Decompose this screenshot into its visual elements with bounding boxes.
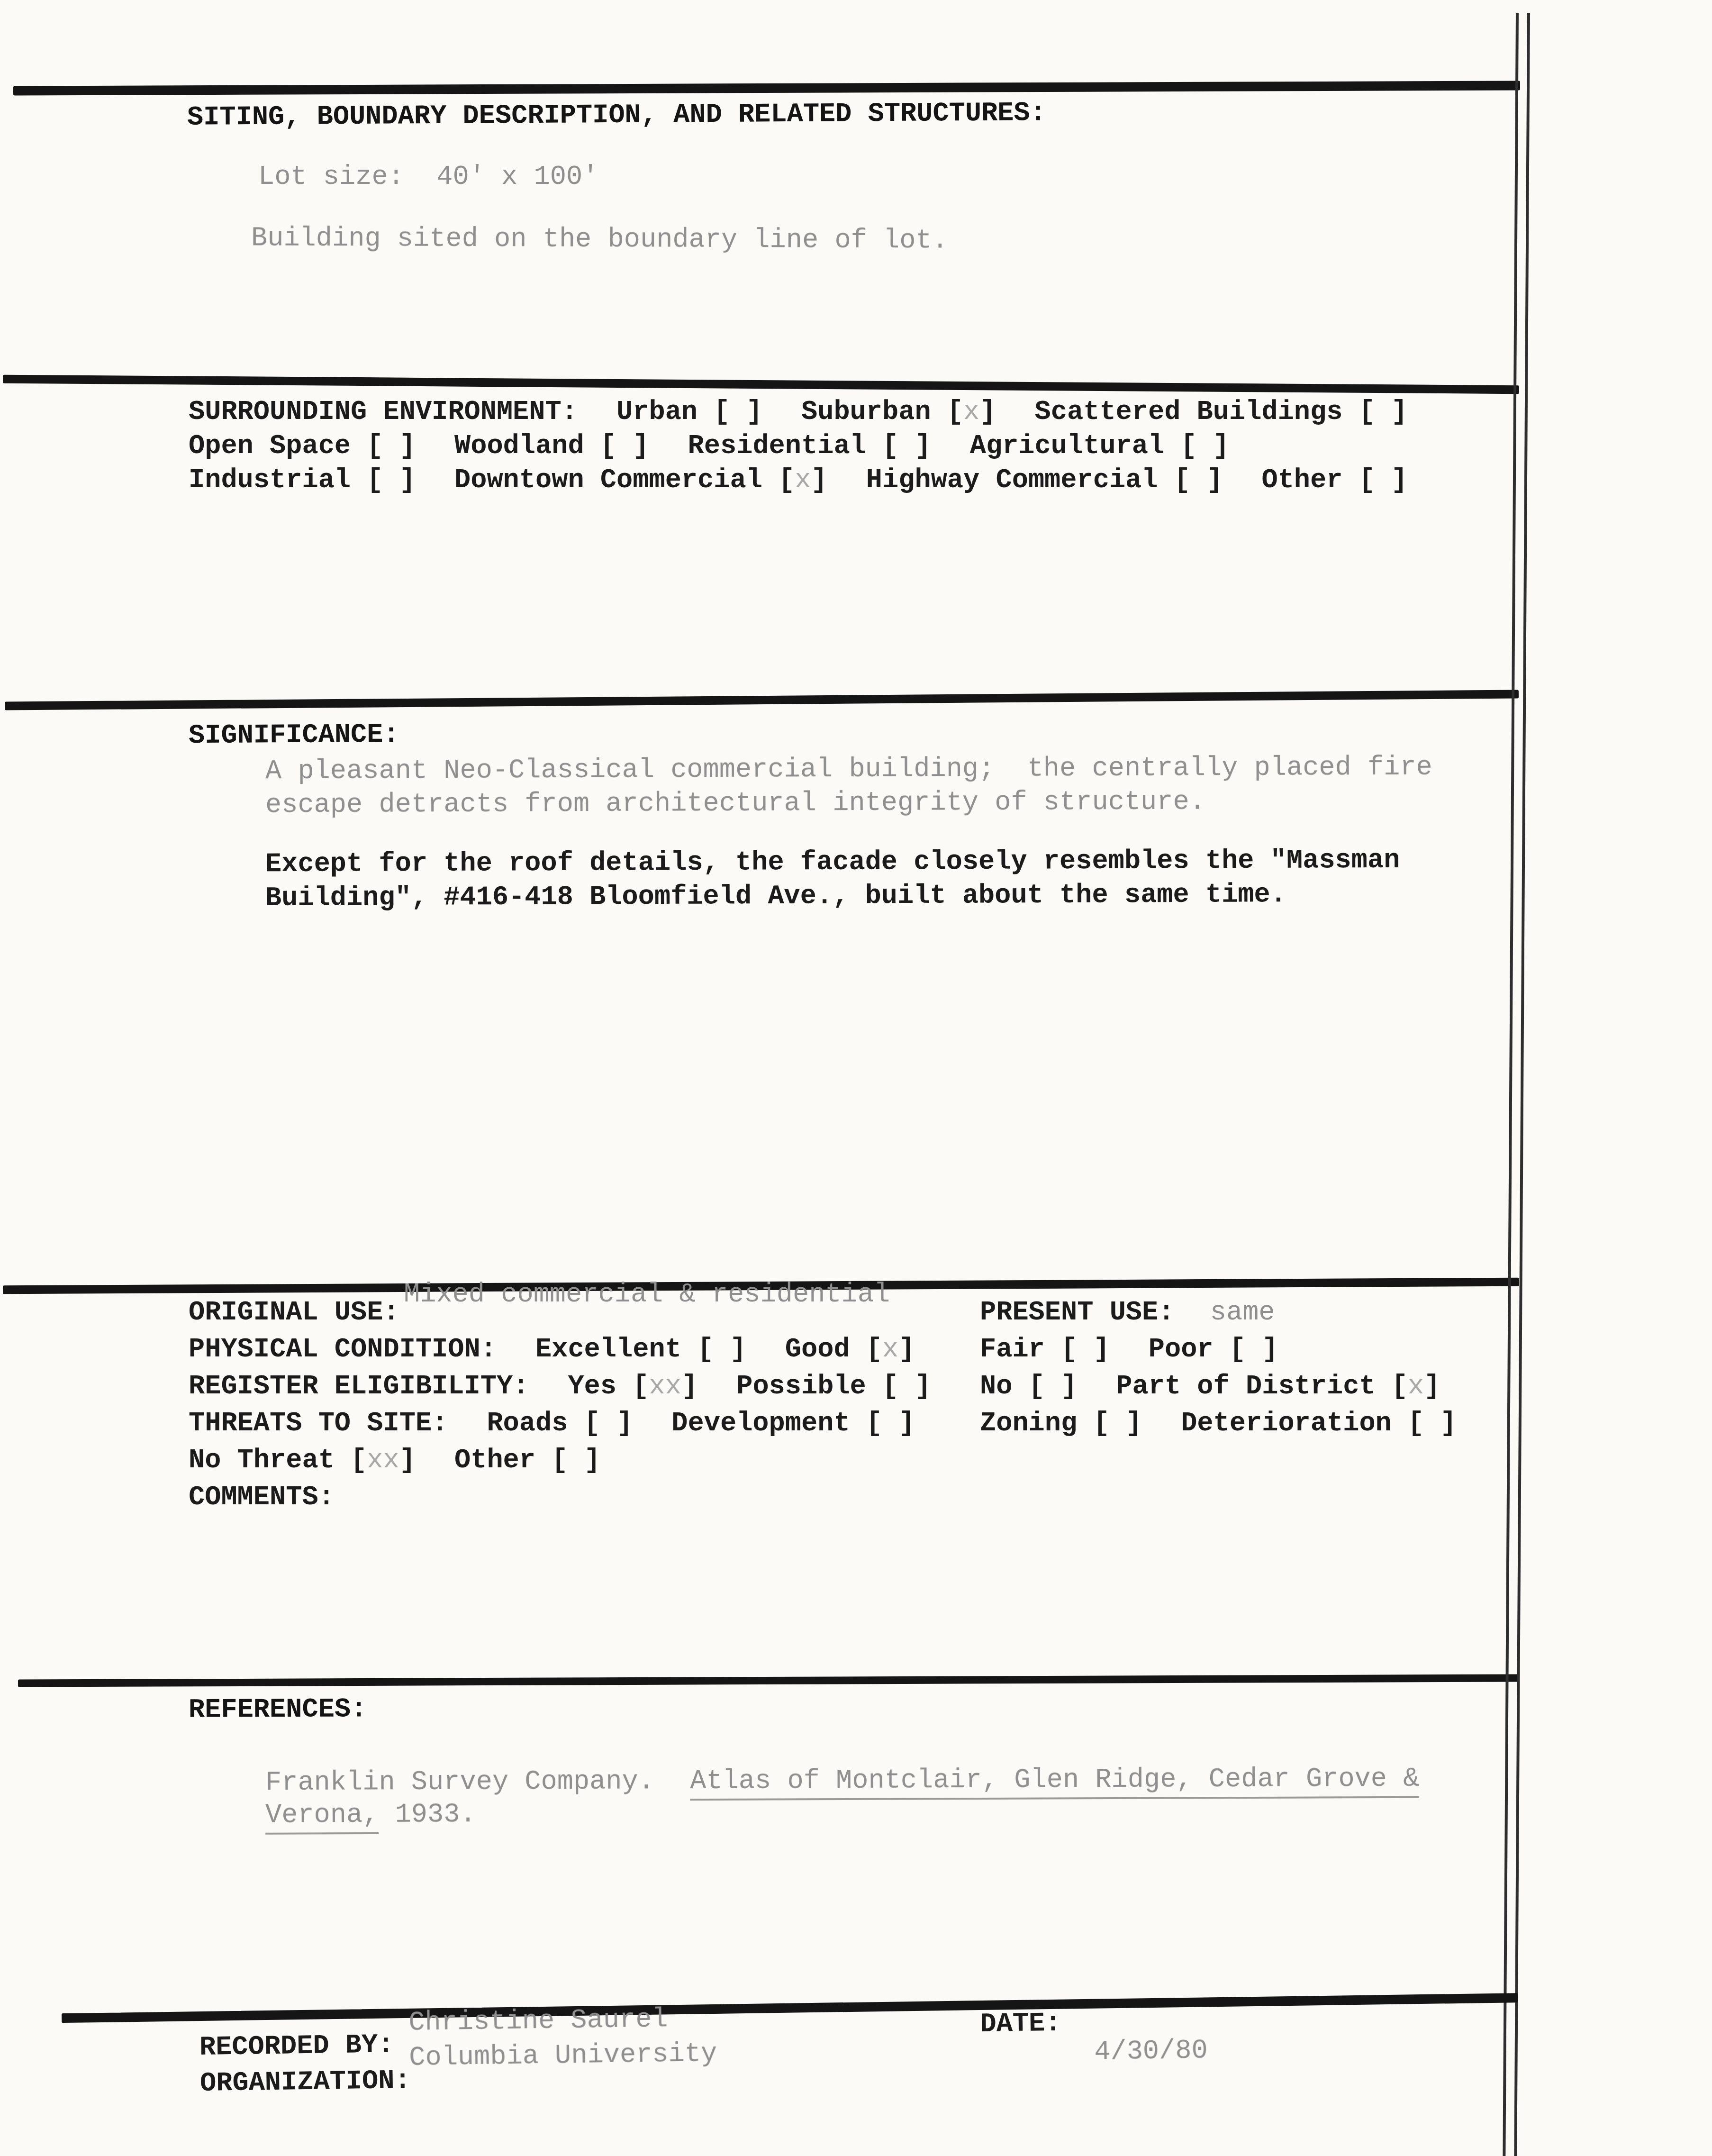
- bracket-open: [: [1408, 1409, 1424, 1439]
- bracket-open: [: [866, 1335, 882, 1365]
- bracket-close: ]: [1213, 431, 1229, 462]
- env-option-highway-commercial: Highway Commercial[]: [866, 465, 1223, 496]
- env-option-suburban: Suburban[x]: [801, 397, 996, 428]
- bracket-open: [: [882, 1372, 898, 1402]
- environment-heading: SURROUNDING ENVIRONMENT:: [189, 397, 578, 428]
- bracket-open: [: [367, 465, 383, 496]
- section-divider-top: [13, 81, 1520, 95]
- checkbox-label: Fair: [980, 1335, 1045, 1365]
- bracket-close: ]: [915, 1372, 931, 1402]
- significance-para2-line2: Building", #416-418 Bloomfield Ave., bui…: [265, 880, 1286, 914]
- bracket-open: [: [633, 1372, 649, 1402]
- bracket-close: ]: [399, 1446, 416, 1476]
- present-use-group: PRESENT USE:same: [980, 1298, 1275, 1328]
- environment-row-3: Industrial[]Downtown Commercial[x]Highwa…: [189, 465, 1446, 497]
- bracket-close: ]: [399, 465, 416, 496]
- option-yes: Yes[xx]: [568, 1372, 697, 1402]
- organization-label: ORGANIZATION:: [200, 2066, 411, 2099]
- reference-author: Franklin Survey Company.: [265, 1766, 654, 1798]
- option-no: No[]: [980, 1372, 1077, 1402]
- option-poor: Poor[]: [1149, 1335, 1278, 1365]
- physical-right-group: Fair[]Poor[]: [980, 1335, 1317, 1365]
- bracket-open: [: [714, 397, 730, 428]
- checkbox-label: Excellent: [535, 1335, 681, 1365]
- register-right-group: No[]Part of District[x]: [980, 1372, 1479, 1402]
- checkbox-highway-commercial[interactable]: []: [1174, 465, 1223, 496]
- checkbox-label: Scattered Buildings: [1035, 397, 1343, 428]
- bracket-close: ]: [746, 397, 762, 428]
- bracket-close: ]: [1440, 1409, 1456, 1439]
- date-label: DATE:: [980, 2009, 1061, 2040]
- bracket-open: [: [1359, 397, 1375, 428]
- present-use-value: same: [1210, 1298, 1275, 1328]
- use-row-physical: PHYSICAL CONDITION:Excellent[]Good[x] Fa…: [189, 1335, 1610, 1372]
- checkbox-yes[interactable]: [xx]: [633, 1372, 697, 1402]
- checkbox-industrial[interactable]: []: [367, 465, 416, 496]
- option-excellent: Excellent[]: [535, 1335, 746, 1365]
- bracket-close: ]: [1061, 1372, 1077, 1402]
- use-row-comments: COMMENTS:: [189, 1483, 1610, 1519]
- environment-row-2: Open Space[]Woodland[]Residential[]Agric…: [189, 431, 1268, 463]
- env-option-other: Other[]: [1261, 465, 1407, 496]
- checkbox-label: Agricultural: [970, 431, 1164, 462]
- checkbox-label: Other: [1261, 465, 1342, 496]
- option-development: Development[]: [671, 1409, 915, 1439]
- date-value: 4/30/80: [1094, 2036, 1208, 2067]
- significance-heading: SIGNIFICANCE:: [189, 720, 399, 752]
- bracket-close: ]: [1206, 465, 1223, 496]
- bracket-close: ]: [1262, 1335, 1278, 1365]
- checkbox-label: Possible: [736, 1372, 866, 1402]
- checkbox-label: Development: [671, 1409, 850, 1439]
- section-divider-environment: [3, 375, 1519, 394]
- use-row-register: REGISTER ELIGIBILITY:Yes[xx]Possible[] N…: [189, 1372, 1610, 1409]
- bracket-open: [: [1180, 431, 1196, 462]
- recorded-by-value: Christine Saurel: [408, 2005, 668, 2038]
- checkbox-label: Zoning: [980, 1409, 1077, 1439]
- checkbox-label: Highway Commercial: [866, 465, 1158, 496]
- checkbox-mark: x: [795, 465, 811, 497]
- bracket-open: [: [947, 397, 963, 428]
- env-option-open-space: Open Space[]: [189, 431, 416, 462]
- checkbox-mark: x: [882, 1335, 898, 1365]
- bracket-close: ]: [633, 431, 649, 462]
- bracket-open: [: [779, 465, 795, 496]
- checkbox-excellent[interactable]: []: [697, 1335, 746, 1365]
- use-row-nothreat: No Threat[xx]Other[]: [189, 1446, 1610, 1483]
- use-section: ORIGINAL USE: PRESENT USE:same PHYSICAL …: [189, 1298, 1610, 1519]
- threats-to-site-label: THREATS TO SITE:: [189, 1409, 448, 1439]
- bracket-close: ]: [584, 1446, 600, 1476]
- bracket-close: ]: [898, 1335, 915, 1365]
- bracket-open: [: [866, 1409, 882, 1439]
- siting-note-value: Building sited on the boundary line of l…: [251, 223, 948, 257]
- checkbox-mark: x: [1408, 1372, 1424, 1402]
- checkbox-label: Part of District: [1116, 1372, 1375, 1402]
- scanned-form-page: SITING, BOUNDARY DESCRIPTION, AND RELATE…: [0, 0, 1712, 2156]
- checkbox-label: Yes: [568, 1372, 616, 1402]
- checkbox-no[interactable]: []: [1029, 1372, 1078, 1402]
- bracket-open: [: [351, 1446, 367, 1476]
- physical-condition-label: PHYSICAL CONDITION:: [189, 1335, 497, 1365]
- footer-section: RECORDED BY: Christine Saurel ORGANIZATI…: [0, 1973, 1712, 2156]
- env-option-agricultural: Agricultural[]: [970, 431, 1229, 462]
- present-use-label: PRESENT USE:: [980, 1298, 1174, 1328]
- checkbox-scattered-buildings[interactable]: []: [1359, 397, 1408, 428]
- env-option-downtown-commercial: Downtown Commercial[x]: [454, 465, 827, 496]
- checkbox-threat-other[interactable]: []: [552, 1446, 600, 1476]
- checkbox-no-threat[interactable]: [xx]: [351, 1446, 416, 1476]
- checkbox-development[interactable]: []: [866, 1409, 915, 1439]
- bracket-open: [: [1230, 1335, 1246, 1365]
- siting-heading: SITING, BOUNDARY DESCRIPTION, AND RELATE…: [187, 98, 1046, 134]
- checkbox-mark: xx: [649, 1372, 681, 1402]
- checkbox-label: Poor: [1149, 1335, 1214, 1365]
- bracket-close: ]: [730, 1335, 746, 1365]
- significance-para1-line1: A pleasant Neo-Classical commercial buil…: [265, 753, 1432, 788]
- checkbox-poor[interactable]: []: [1230, 1335, 1278, 1365]
- checkbox-label: Downtown Commercial: [454, 465, 762, 496]
- env-option-scattered-buildings: Scattered Buildings[]: [1035, 397, 1408, 428]
- references-heading: REFERENCES:: [189, 1694, 367, 1726]
- env-option-residential: Residential[]: [688, 431, 931, 462]
- bracket-open: [: [1061, 1335, 1077, 1365]
- section-divider-footer: [62, 1993, 1518, 2023]
- significance-para1-line2: escape detracts from architectural integ…: [265, 787, 1205, 821]
- checkbox-label: Open Space: [189, 431, 351, 462]
- reference-year: 1933.: [395, 1800, 476, 1830]
- bracket-close: ]: [399, 431, 416, 462]
- register-eligibility-label: REGISTER ELIGIBILITY:: [189, 1372, 529, 1402]
- checkbox-good[interactable]: [x]: [866, 1335, 915, 1365]
- checkbox-fair[interactable]: []: [1061, 1335, 1110, 1365]
- option-fair: Fair[]: [980, 1335, 1110, 1365]
- bracket-open: [: [697, 1335, 714, 1365]
- bracket-open: [: [882, 431, 898, 462]
- use-row-original: ORIGINAL USE: PRESENT USE:same: [189, 1298, 1610, 1335]
- bracket-open: [: [1174, 465, 1190, 496]
- checkbox-env-other[interactable]: []: [1359, 465, 1408, 496]
- option-possible: Possible[]: [736, 1372, 931, 1402]
- option-deterioration: Deterioration[]: [1181, 1409, 1457, 1439]
- option-threat-other: Other[]: [454, 1446, 600, 1476]
- checkbox-label: No Threat: [189, 1446, 335, 1476]
- checkbox-label: Roads: [487, 1409, 568, 1439]
- bracket-close: ]: [1093, 1335, 1109, 1365]
- section-divider-references: [18, 1674, 1519, 1687]
- checkbox-residential[interactable]: []: [882, 431, 931, 462]
- checkbox-label: Residential: [688, 431, 866, 462]
- references-line-1: Franklin Survey Company.Atlas of Montcla…: [265, 1764, 1420, 1799]
- env-option-urban: Urban[]: [616, 397, 762, 428]
- checkbox-label: Industrial: [189, 465, 351, 496]
- bracket-close: ]: [1391, 465, 1407, 496]
- bracket-open: [: [584, 1409, 600, 1439]
- section-divider-significance: [5, 690, 1519, 710]
- option-good: Good[x]: [785, 1335, 915, 1365]
- bracket-close: ]: [1126, 1409, 1142, 1439]
- option-zoning: Zoning[]: [980, 1409, 1142, 1439]
- bracket-close: ]: [898, 1409, 915, 1439]
- checkbox-suburban[interactable]: [x]: [947, 397, 996, 428]
- bracket-close: ]: [811, 465, 827, 496]
- checkbox-agricultural[interactable]: []: [1180, 431, 1229, 462]
- checkbox-part-of-district[interactable]: [x]: [1392, 1372, 1440, 1402]
- checkbox-downtown-commercial[interactable]: [x]: [779, 465, 827, 496]
- use-row-threats: THREATS TO SITE:Roads[]Development[] Zon…: [189, 1409, 1610, 1446]
- bracket-open: [: [367, 431, 383, 462]
- env-option-industrial: Industrial[]: [189, 465, 416, 496]
- checkbox-label: Good: [785, 1335, 850, 1365]
- checkbox-deterioration[interactable]: []: [1408, 1409, 1457, 1439]
- checkbox-label: Woodland: [454, 431, 584, 462]
- option-roads: Roads[]: [487, 1409, 633, 1439]
- bracket-close: ]: [915, 431, 931, 462]
- checkbox-mark: xx: [367, 1446, 399, 1476]
- checkbox-label: Urban: [616, 397, 697, 428]
- significance-para2-line1: Except for the roof details, the facade …: [265, 846, 1400, 881]
- original-use-label: ORIGINAL USE:: [189, 1298, 399, 1328]
- bracket-open: [: [1359, 465, 1375, 496]
- organization-value: Columbia University: [409, 2039, 717, 2074]
- checkbox-possible[interactable]: []: [882, 1372, 931, 1402]
- checkbox-roads[interactable]: []: [584, 1409, 633, 1439]
- bracket-close: ]: [979, 397, 996, 428]
- comments-label: COMMENTS:: [189, 1483, 335, 1513]
- bracket-close: ]: [1424, 1372, 1440, 1402]
- checkbox-mark: x: [963, 397, 979, 428]
- references-line-2: Verona,1933.: [265, 1800, 476, 1831]
- checkbox-woodland[interactable]: []: [600, 431, 649, 462]
- threats-right-group: Zoning[]Deterioration[]: [980, 1409, 1495, 1439]
- bracket-open: [: [552, 1446, 568, 1476]
- reference-title-part1: Atlas of Montclair, Glen Ridge, Cedar Gr…: [690, 1764, 1420, 1801]
- checkbox-open-space[interactable]: []: [367, 431, 416, 462]
- recorded-by-label: RECORDED BY:: [199, 2030, 394, 2063]
- environment-row-1: SURROUNDING ENVIRONMENT:Urban[]Suburban[…: [189, 397, 1446, 428]
- reference-title-part2: Verona,: [265, 1800, 379, 1835]
- lot-size-value: Lot size: 40' x 100': [258, 162, 598, 193]
- bracket-open: [: [1029, 1372, 1045, 1402]
- bracket-open: [: [600, 431, 616, 462]
- checkbox-label: No: [980, 1372, 1012, 1402]
- bracket-close: ]: [616, 1409, 633, 1439]
- env-option-woodland: Woodland[]: [454, 431, 649, 462]
- bracket-open: [: [1392, 1372, 1408, 1402]
- option-part-of-district: Part of District[x]: [1116, 1372, 1440, 1402]
- bracket-open: [: [1093, 1409, 1109, 1439]
- checkbox-urban[interactable]: []: [714, 397, 762, 428]
- checkbox-label: Deterioration: [1181, 1409, 1392, 1439]
- bracket-close: ]: [681, 1372, 697, 1402]
- checkbox-zoning[interactable]: []: [1093, 1409, 1142, 1439]
- checkbox-label: Suburban: [801, 397, 931, 428]
- option-no-threat: No Threat[xx]: [189, 1446, 416, 1476]
- bracket-close: ]: [1391, 397, 1407, 428]
- checkbox-label: Other: [454, 1446, 535, 1476]
